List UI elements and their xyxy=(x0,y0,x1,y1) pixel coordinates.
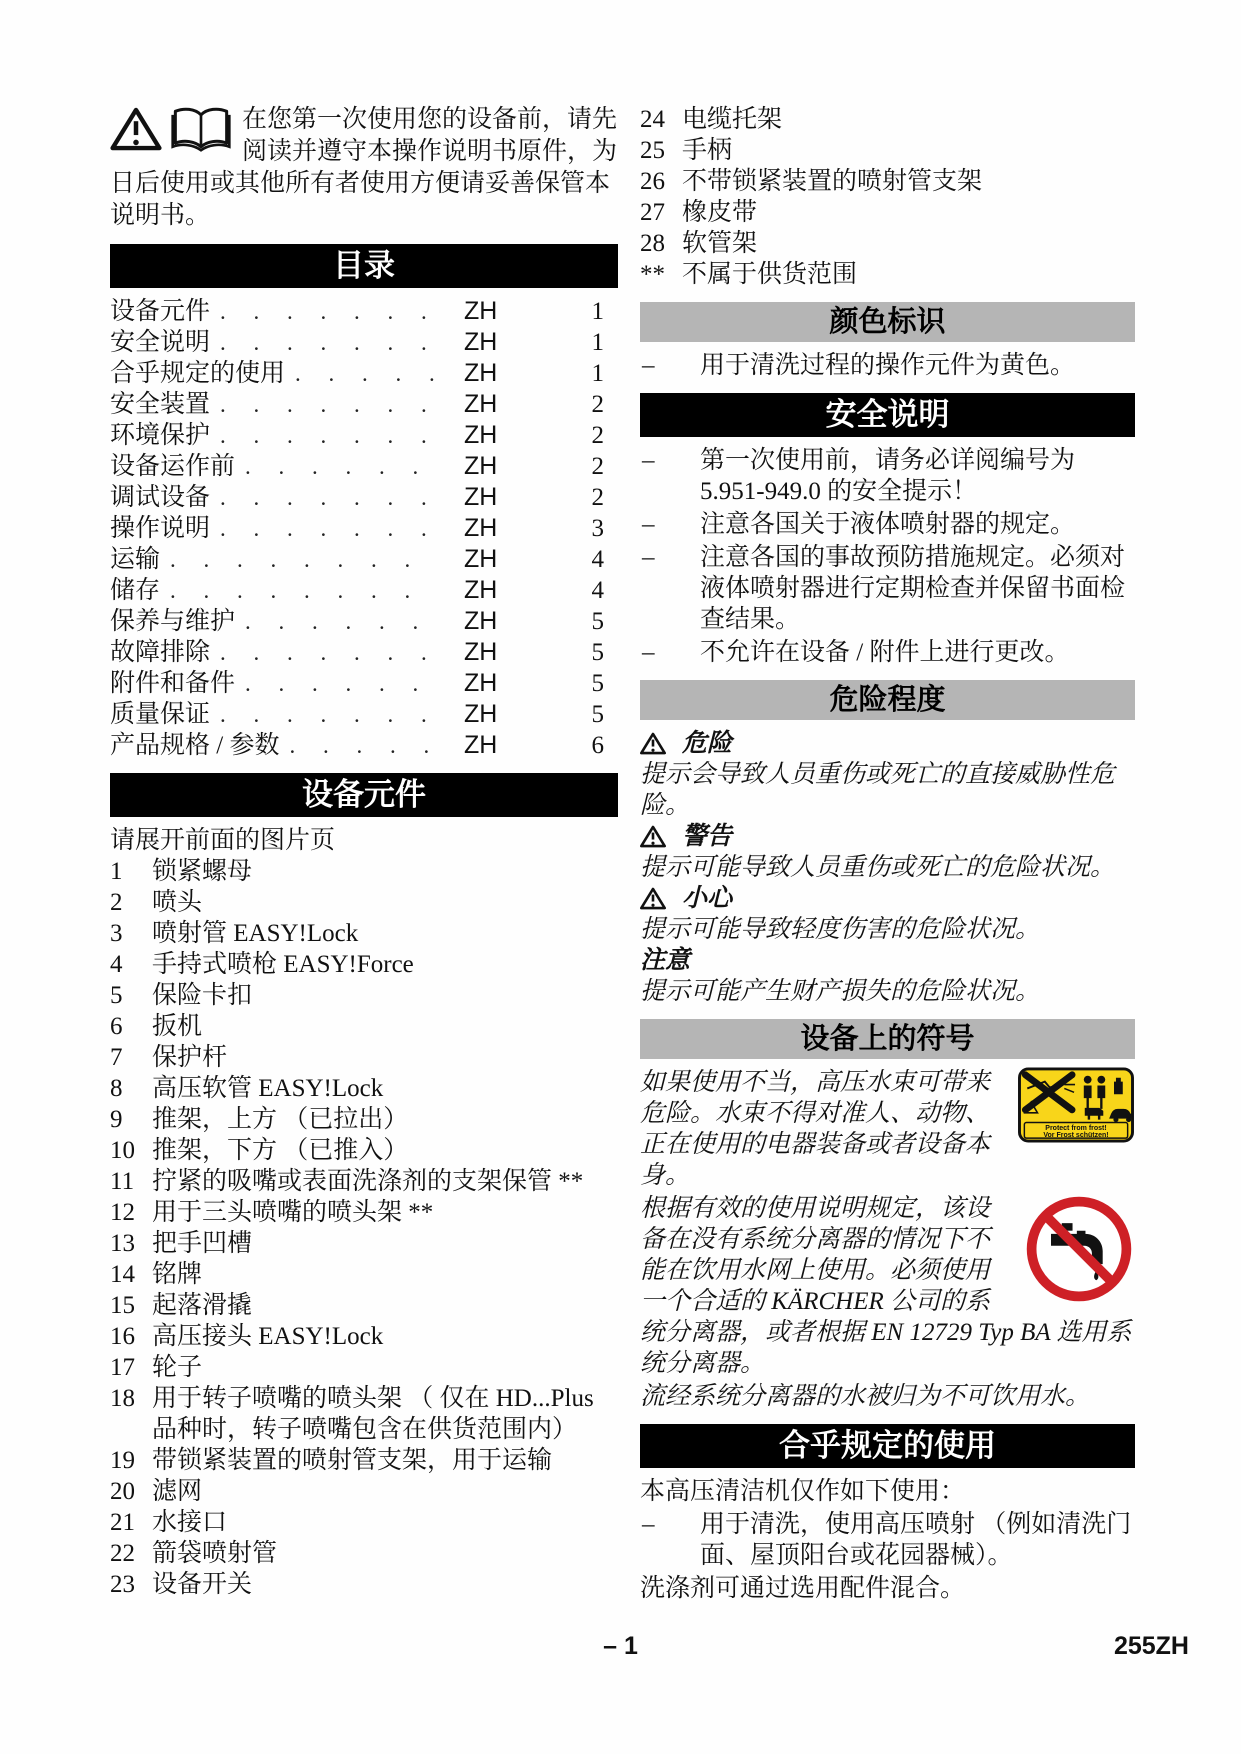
proper-use-intro: 本高压清洁机仅作如下使用： xyxy=(640,1476,1135,1507)
list-item-number: 1 xyxy=(110,856,152,887)
toc-entry-label: 环境保护 xyxy=(110,420,210,451)
dot-leader xyxy=(245,451,438,482)
toc-row: 故障排除 ZH 5 xyxy=(110,637,618,668)
warning-triangle-icon xyxy=(640,825,666,848)
list-item-text: 高压接头 EASY!Lock xyxy=(152,1321,618,1352)
symbols-title: 设备上的符号 xyxy=(800,1023,974,1055)
warning-triangle-icon xyxy=(640,887,666,910)
danger-level-caution: 小心 xyxy=(640,883,1135,914)
intro-icons xyxy=(110,106,232,152)
color-id-header: 颜色标识 xyxy=(640,302,1135,342)
toc-header: 目录 xyxy=(110,244,618,288)
frost-sticker-icon: Protect from frost! Vor Frost schützen! xyxy=(1017,1067,1135,1143)
list-item-number: 17 xyxy=(110,1352,152,1383)
dot-leader xyxy=(220,699,438,730)
list-item-number: 23 xyxy=(110,1569,152,1600)
sticker-text-line2: Vor Frost schützen! xyxy=(1043,1132,1108,1139)
warning-triangle-icon xyxy=(110,106,162,152)
toc-entry-column: ZH xyxy=(464,482,548,513)
list-item-text: 不属于供货范围 xyxy=(682,259,1135,290)
list-item-number: 2 xyxy=(110,887,152,918)
list-item: 1 锁紧螺母 xyxy=(110,856,618,887)
list-item: 25 手柄 xyxy=(640,135,1135,166)
list-item-number: 22 xyxy=(110,1538,152,1569)
list-item-text: 手柄 xyxy=(682,135,1135,166)
toc-row: 安全说明 ZH 1 xyxy=(110,327,618,358)
dot-leader xyxy=(295,358,438,389)
toc-row: 环境保护 ZH 2 xyxy=(110,420,618,451)
list-item: 7 保护杆 xyxy=(110,1042,618,1073)
danger-label: 小心 xyxy=(682,883,732,914)
toc-entry-label: 安全说明 xyxy=(110,327,210,358)
dot-leader xyxy=(245,668,438,699)
safety-title: 安全说明 xyxy=(826,397,950,432)
proper-use-outro: 洗涤剂可通过选用配件混合。 xyxy=(640,1573,1135,1604)
device-elements-note: 请展开前面的图片页 xyxy=(110,825,618,856)
toc-row: 产品规格 / 参数 ZH 6 xyxy=(110,730,618,761)
toc-entry-page: 3 xyxy=(548,513,618,544)
toc-entry-label: 操作说明 xyxy=(110,513,210,544)
toc-row: 安全装置 ZH 2 xyxy=(110,389,618,420)
danger-desc: 提示可能导致轻度伤害的危险状况。 xyxy=(640,914,1135,945)
list-item-text: 扳机 xyxy=(152,1011,618,1042)
toc-entry-page: 5 xyxy=(548,637,618,668)
device-list-left: 1 锁紧螺母 2 喷头 3 喷射管 EASY!Lock 4 手持式喷枪 EASY… xyxy=(110,856,618,1600)
bullet-item: 用于清洗过程的操作元件为黄色。 xyxy=(640,350,1135,381)
list-item: 24 电缆托架 xyxy=(640,104,1135,135)
toc-row: 设备元件 ZH 1 xyxy=(110,296,618,327)
toc-entry-column: ZH xyxy=(464,699,548,730)
list-item: 22 箭袋喷射管 xyxy=(110,1538,618,1569)
list-item-text: 喷射管 EASY!Lock xyxy=(152,918,618,949)
list-item-text: 推架，下方 （已推入） xyxy=(152,1135,618,1166)
list-item: 17 轮子 xyxy=(110,1352,618,1383)
list-item: 16 高压接头 EASY!Lock xyxy=(110,1321,618,1352)
toc-entry-column: ZH xyxy=(464,389,548,420)
open-book-icon xyxy=(170,106,232,152)
list-item-number: 24 xyxy=(640,104,682,135)
toc-entry-page: 4 xyxy=(548,544,618,575)
toc-entry-page: 1 xyxy=(548,358,618,389)
list-item-number: 19 xyxy=(110,1445,152,1476)
list-item-text: 用于转子喷嘴的喷头架 （ 仅在 HD...Plus 品种时，转子喷嘴包含在供货范… xyxy=(152,1383,618,1445)
list-item: 11 拧紧的吸嘴或表面洗涤剂的支架保管 ** xyxy=(110,1166,618,1197)
toc-entry-column: ZH xyxy=(464,420,548,451)
toc-entry-page: 1 xyxy=(548,296,618,327)
danger-label: 警告 xyxy=(682,821,732,852)
page-number: – 1 xyxy=(0,1632,1241,1661)
list-item: 10 推架，下方 （已推入） xyxy=(110,1135,618,1166)
sticker-text-line1: Protect from frost! xyxy=(1045,1125,1106,1132)
list-item-number: 8 xyxy=(110,1073,152,1104)
toc-entry-column: ZH xyxy=(464,327,548,358)
symbols-paragraph-1: Protect from frost! Vor Frost schützen! … xyxy=(640,1067,1135,1191)
toc-row: 调试设备 ZH 2 xyxy=(110,482,618,513)
list-item-text: 推架，上方 （已拉出） xyxy=(152,1104,618,1135)
danger-label: 注意 xyxy=(640,945,690,976)
toc-entry-page: 5 xyxy=(548,668,618,699)
warning-triangle-icon xyxy=(640,732,666,755)
list-item: 8 高压软管 EASY!Lock xyxy=(110,1073,618,1104)
list-item-number: 14 xyxy=(110,1259,152,1290)
toc-entry-page: 1 xyxy=(548,327,618,358)
symbols-p1-text: 如果使用不当，高压水束可带来危险。水束不得对准人、动物、正在使用的电器装备或者设… xyxy=(640,1069,990,1189)
list-item: 27 橡皮带 xyxy=(640,197,1135,228)
dot-leader xyxy=(220,327,438,358)
proper-use-title: 合乎规定的使用 xyxy=(779,1428,996,1463)
list-item-text: 高压软管 EASY!Lock xyxy=(152,1073,618,1104)
list-item: 28 软管架 xyxy=(640,228,1135,259)
toc-entry-label: 设备运作前 xyxy=(110,451,235,482)
list-item: ** 不属于供货范围 xyxy=(640,259,1135,290)
bullet-item: 用于清洗，使用高压喷射 （例如清洗门面、屋顶阳台或花园器械）。 xyxy=(640,1509,1135,1571)
list-item: 6 扳机 xyxy=(110,1011,618,1042)
toc-row: 运输 ZH 4 xyxy=(110,544,618,575)
list-item-text: 水接口 xyxy=(152,1507,618,1538)
toc-row: 储存 ZH 4 xyxy=(110,575,618,606)
toc-entry-column: ZH xyxy=(464,730,548,761)
toc-entry-column: ZH xyxy=(464,544,548,575)
danger-label: 危险 xyxy=(682,728,732,759)
toc-row: 附件和备件 ZH 5 xyxy=(110,668,618,699)
list-item-text: 带锁紧装置的喷射管支架，用于运输 xyxy=(152,1445,618,1476)
list-item: 18 用于转子喷嘴的喷头架 （ 仅在 HD...Plus 品种时，转子喷嘴包含在… xyxy=(110,1383,618,1445)
list-item-number: 15 xyxy=(110,1290,152,1321)
bullet-item: 注意各国关于液体喷射器的规定。 xyxy=(640,509,1135,540)
list-item-number: 13 xyxy=(110,1228,152,1259)
toc-entry-label: 质量保证 xyxy=(110,699,210,730)
list-item-text: 保险卡扣 xyxy=(152,980,618,1011)
toc-entry-label: 保养与维护 xyxy=(110,606,235,637)
list-item: 15 起落滑撬 xyxy=(110,1290,618,1321)
dot-leader xyxy=(245,606,438,637)
list-item-number: 9 xyxy=(110,1104,152,1135)
dot-leader xyxy=(170,575,438,606)
list-item-text: 手持式喷枪 EASY!Force xyxy=(152,949,618,980)
toc-entry-label: 安全装置 xyxy=(110,389,210,420)
toc-entry-page: 2 xyxy=(548,482,618,513)
danger-levels-title: 危险程度 xyxy=(829,684,945,716)
list-item-text: 箭袋喷射管 xyxy=(152,1538,618,1569)
list-item-text: 锁紧螺母 xyxy=(152,856,618,887)
danger-levels: 危险 提示会导致人员重伤或死亡的直接威胁性危险。 警告 提示可能导致人员重伤或死… xyxy=(640,728,1135,1007)
list-item: 2 喷头 xyxy=(110,887,618,918)
danger-level-danger: 危险 xyxy=(640,728,1135,759)
danger-desc: 提示可能导致人员重伤或死亡的危险状况。 xyxy=(640,852,1135,883)
list-item-text: 轮子 xyxy=(152,1352,618,1383)
list-item: 20 滤网 xyxy=(110,1476,618,1507)
toc-entry-label: 附件和备件 xyxy=(110,668,235,699)
toc-entry-column: ZH xyxy=(464,637,548,668)
left-column: 在您第一次使用您的设备前，请先阅读并遵守本操作说明书原件，为日后使用或其他所有者… xyxy=(110,104,618,1600)
toc-entry-page: 2 xyxy=(548,420,618,451)
list-item-number: 6 xyxy=(110,1011,152,1042)
color-id-bullets: 用于清洗过程的操作元件为黄色。 xyxy=(640,350,1135,381)
toc-entry-column: ZH xyxy=(464,296,548,327)
manual-page: 在您第一次使用您的设备前，请先阅读并遵守本操作说明书原件，为日后使用或其他所有者… xyxy=(0,0,1241,1754)
safety-header: 安全说明 xyxy=(640,393,1135,437)
list-item-number: 28 xyxy=(640,228,682,259)
dot-leader xyxy=(220,482,438,513)
list-item-number: ** xyxy=(640,259,682,290)
list-item-text: 电缆托架 xyxy=(682,104,1135,135)
list-item-number: 11 xyxy=(110,1166,152,1197)
list-item: 13 把手凹槽 xyxy=(110,1228,618,1259)
list-item-text: 拧紧的吸嘴或表面洗涤剂的支架保管 ** xyxy=(152,1166,618,1197)
right-column: 24 电缆托架 25 手柄 26 不带锁紧装置的喷射管支架 27 橡皮带 xyxy=(640,104,1135,1604)
list-item-number: 20 xyxy=(110,1476,152,1507)
list-item: 26 不带锁紧装置的喷射管支架 xyxy=(640,166,1135,197)
toc-entry-column: ZH xyxy=(464,575,548,606)
intro-paragraph: 在您第一次使用您的设备前，请先阅读并遵守本操作说明书原件，为日后使用或其他所有者… xyxy=(110,104,618,232)
toc-entry-page: 6 xyxy=(548,730,618,761)
list-item-number: 5 xyxy=(110,980,152,1011)
symbols-header: 设备上的符号 xyxy=(640,1019,1135,1059)
toc-entry-label: 合乎规定的使用 xyxy=(110,358,285,389)
symbols-paragraph-3: 流经系统分离器的水被归为不可饮用水。 xyxy=(640,1381,1135,1412)
list-item-text: 滤网 xyxy=(152,1476,618,1507)
toc-row: 设备运作前 ZH 2 xyxy=(110,451,618,482)
toc-entry-label: 运输 xyxy=(110,544,160,575)
dot-leader xyxy=(220,389,438,420)
list-item-text: 把手凹槽 xyxy=(152,1228,618,1259)
list-item-number: 27 xyxy=(640,197,682,228)
toc-entry-page: 5 xyxy=(548,699,618,730)
toc-list: 设备元件 ZH 1 安全说明 ZH 1 合乎规定的使用 ZH 1 xyxy=(110,296,618,761)
list-item: 4 手持式喷枪 EASY!Force xyxy=(110,949,618,980)
frost-warning-sticker: Protect from frost! Vor Frost schützen! xyxy=(1017,1067,1135,1143)
list-item-text: 起落滑撬 xyxy=(152,1290,618,1321)
dot-leader xyxy=(289,730,438,761)
list-item-text: 设备开关 xyxy=(152,1569,618,1600)
dot-leader xyxy=(220,513,438,544)
list-item: 19 带锁紧装置的喷射管支架，用于运输 xyxy=(110,1445,618,1476)
toc-title: 目录 xyxy=(333,248,395,283)
toc-row: 质量保证 ZH 5 xyxy=(110,699,618,730)
danger-level-notice: 注意 xyxy=(640,945,1135,976)
toc-entry-column: ZH xyxy=(464,513,548,544)
proper-use-header: 合乎规定的使用 xyxy=(640,1424,1135,1468)
toc-entry-label: 调试设备 xyxy=(110,482,210,513)
list-item-number: 18 xyxy=(110,1383,152,1445)
proper-use-bullets: 用于清洗，使用高压喷射 （例如清洗门面、屋顶阳台或花园器械）。 xyxy=(640,1509,1135,1571)
toc-entry-page: 4 xyxy=(548,575,618,606)
list-item-text: 不带锁紧装置的喷射管支架 xyxy=(682,166,1135,197)
list-item-text: 橡皮带 xyxy=(682,197,1135,228)
symbols-section: Protect from frost! Vor Frost schützen! … xyxy=(640,1067,1135,1412)
toc-row: 操作说明 ZH 3 xyxy=(110,513,618,544)
list-item-text: 用于三头喷嘴的喷头架 ** xyxy=(152,1197,618,1228)
toc-entry-column: ZH xyxy=(464,668,548,699)
list-item: 21 水接口 xyxy=(110,1507,618,1538)
list-item-number: 25 xyxy=(640,135,682,166)
toc-entry-column: ZH xyxy=(464,358,548,389)
list-item: 14 铭牌 xyxy=(110,1259,618,1290)
toc-row: 合乎规定的使用 ZH 1 xyxy=(110,358,618,389)
list-item-number: 12 xyxy=(110,1197,152,1228)
list-item-number: 16 xyxy=(110,1321,152,1352)
list-item-number: 4 xyxy=(110,949,152,980)
list-item: 12 用于三头喷嘴的喷头架 ** xyxy=(110,1197,618,1228)
toc-entry-label: 储存 xyxy=(110,575,160,606)
device-elements-title: 设备元件 xyxy=(302,777,426,812)
list-item-text: 铭牌 xyxy=(152,1259,618,1290)
bullet-item: 注意各国的事故预防措施规定。必须对液体喷射器进行定期检查并保留书面检查结果。 xyxy=(640,542,1135,635)
bullet-item: 第一次使用前，请务必详阅编号为 5.951-949.0 的安全提示！ xyxy=(640,445,1135,507)
no-drinking-water-sign xyxy=(1023,1193,1135,1305)
bullet-item: 不允许在设备 / 附件上进行更改。 xyxy=(640,637,1135,668)
list-item: 3 喷射管 EASY!Lock xyxy=(110,918,618,949)
toc-entry-page: 2 xyxy=(548,389,618,420)
device-list-right: 24 电缆托架 25 手柄 26 不带锁紧装置的喷射管支架 27 橡皮带 xyxy=(640,104,1135,290)
list-item-number: 21 xyxy=(110,1507,152,1538)
danger-desc: 提示可能产生财产损失的危险状况。 xyxy=(640,976,1135,1007)
symbols-paragraph-2: 根据有效的使用说明规定，该设备在没有系统分离器的情况下不能在饮用水网上使用。必须… xyxy=(640,1193,1135,1379)
toc-entry-label: 产品规格 / 参数 xyxy=(110,730,279,761)
toc-row: 保养与维护 ZH 5 xyxy=(110,606,618,637)
list-item-number: 3 xyxy=(110,918,152,949)
color-id-title: 颜色标识 xyxy=(829,306,945,338)
dot-leader xyxy=(220,296,438,327)
toc-entry-page: 5 xyxy=(548,606,618,637)
dot-leader xyxy=(220,637,438,668)
dot-leader xyxy=(170,544,438,575)
danger-levels-header: 危险程度 xyxy=(640,680,1135,720)
list-item-text: 软管架 xyxy=(682,228,1135,259)
safety-bullets: 第一次使用前，请务必详阅编号为 5.951-949.0 的安全提示！ 注意各国关… xyxy=(640,445,1135,668)
toc-entry-column: ZH xyxy=(464,451,548,482)
no-drinking-water-icon xyxy=(1023,1193,1135,1305)
document-code: 255ZH xyxy=(1114,1632,1189,1661)
list-item-number: 10 xyxy=(110,1135,152,1166)
toc-entry-label: 故障排除 xyxy=(110,637,210,668)
device-elements-header: 设备元件 xyxy=(110,773,618,817)
toc-entry-label: 设备元件 xyxy=(110,296,210,327)
list-item: 23 设备开关 xyxy=(110,1569,618,1600)
list-item-text: 保护杆 xyxy=(152,1042,618,1073)
list-item-number: 7 xyxy=(110,1042,152,1073)
list-item-number: 26 xyxy=(640,166,682,197)
list-item: 9 推架，上方 （已拉出） xyxy=(110,1104,618,1135)
danger-desc: 提示会导致人员重伤或死亡的直接威胁性危险。 xyxy=(640,759,1135,821)
list-item-text: 喷头 xyxy=(152,887,618,918)
list-item: 5 保险卡扣 xyxy=(110,980,618,1011)
danger-level-warning: 警告 xyxy=(640,821,1135,852)
toc-entry-page: 2 xyxy=(548,451,618,482)
dot-leader xyxy=(220,420,438,451)
toc-entry-column: ZH xyxy=(464,606,548,637)
